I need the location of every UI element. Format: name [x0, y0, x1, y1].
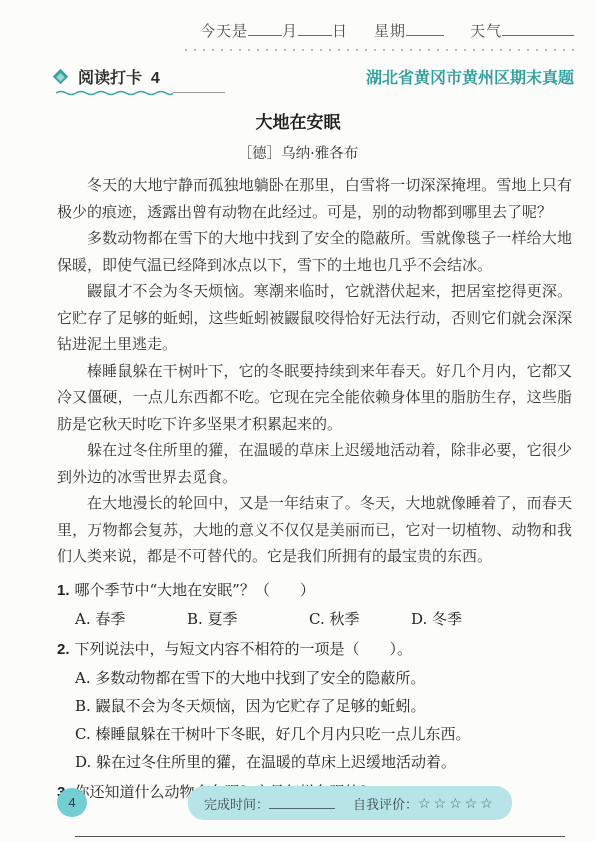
week-label: 星期	[374, 22, 406, 40]
worksheet-page: 今天是月日星期天气 阅读打卡 4 湖北省黄冈市黄州区期末真题 大地在安眠 ［德］…	[0, 0, 596, 842]
self-eval-label: 自我评价：	[353, 794, 418, 813]
rating-stars: ☆☆☆☆☆	[418, 795, 496, 812]
article-passage: 冬天的大地宁静而孤独地躺卧在那里，白雪将一切深深掩埋。雪地上只有极少的痕迹，透露…	[57, 172, 572, 570]
option-c: C. 榛睡鼠躲在干树叶下冬眠，好几个月内只吃一点儿东西。	[57, 720, 572, 748]
article-title: 大地在安眠	[0, 108, 596, 133]
passage-paragraph: 榛睡鼠躲在干树叶下，它的冬眠要持续到来年春天。好几个月内，它都又冷又僵硬，一点儿…	[57, 358, 572, 438]
day-label: 日	[332, 22, 348, 40]
option-a: A. 春季	[75, 605, 187, 633]
reading-badge: 阅读打卡 4	[55, 65, 160, 93]
gray-line-extension	[173, 92, 225, 93]
day-blank	[298, 21, 332, 36]
diamond-icon	[53, 69, 69, 85]
option-d: D. 冬季	[411, 605, 462, 633]
option-a: A. 多数动物都在雪下的大地中找到了安全的隐蔽所。	[57, 664, 572, 692]
completion-time-label: 完成时间：	[204, 794, 269, 813]
question-1-text: 哪个季节中“大地在安眠”？（ ）	[75, 581, 315, 599]
passage-paragraph: 躲在过冬住所里的獾，在温暖的草床上迟缓地活动着，除非必要，它很少到外边的冰雪世界…	[57, 437, 572, 490]
option-b: B. 夏季	[187, 605, 309, 633]
option-d: D. 躲在过冬住所里的獾，在温暖的草床上迟缓地活动着。	[57, 748, 572, 776]
article-author: ［德］乌纳·雅各布	[0, 142, 596, 163]
option-b: B. 鼹鼠不会为冬天烦恼，因为它贮存了足够的蚯蚓。	[57, 692, 572, 720]
today-label: 今天是	[200, 22, 248, 40]
passage-paragraph: 鼹鼠才不会为冬天烦恼。寒潮来临时，它就潜伏起来，把居室挖得更深。它贮存了足够的蚯…	[57, 278, 572, 358]
question-2-text: 下列说法中，与短文内容不相符的一项是（ ）。	[75, 640, 413, 658]
completion-pill: 完成时间： 自我评价： ☆☆☆☆☆	[188, 786, 512, 820]
month-label: 月	[282, 22, 298, 40]
exam-source-label: 湖北省黄冈市黄州区期末真题	[366, 65, 574, 88]
completion-time-blank	[269, 797, 335, 809]
question-1: 1.哪个季节中“大地在安眠”？（ ）	[57, 576, 572, 605]
dotted-separator	[185, 49, 577, 51]
wavy-underline	[55, 89, 225, 96]
question-2: 2.下列说法中，与短文内容不相符的一项是（ ）。	[57, 635, 572, 664]
question-2-number: 2.	[57, 641, 70, 658]
date-header: 今天是月日星期天气	[200, 0, 596, 41]
option-c: C. 秋季	[309, 605, 411, 633]
passage-paragraph: 冬天的大地宁静而孤独地躺卧在那里，白雪将一切深深掩埋。雪地上只有极少的痕迹，透露…	[57, 172, 572, 225]
weather-label: 天气	[470, 22, 502, 40]
weather-blank	[502, 21, 574, 36]
question-1-options: A. 春季 B. 夏季 C. 秋季 D. 冬季	[57, 605, 572, 633]
month-blank	[248, 21, 282, 36]
banner-row: 阅读打卡 4 湖北省黄冈市黄州区期末真题	[55, 65, 574, 93]
badge-number: 4	[151, 70, 160, 87]
question-1-number: 1.	[57, 582, 70, 599]
badge-label: 阅读打卡	[78, 70, 142, 87]
answer-blank-line	[75, 835, 565, 837]
week-blank	[406, 21, 444, 36]
passage-paragraph: 在大地漫长的轮回中，又是一年结束了。冬天，大地就像睡着了，而春天里，万物都会复苏…	[57, 490, 572, 570]
passage-paragraph: 多数动物都在雪下的大地中找到了安全的隐蔽所。雪就像毯子一样给大地保暖，即使气温已…	[57, 225, 572, 278]
page-footer: 4 完成时间： 自我评价： ☆☆☆☆☆	[0, 786, 596, 820]
page-number-badge: 4	[57, 788, 87, 817]
